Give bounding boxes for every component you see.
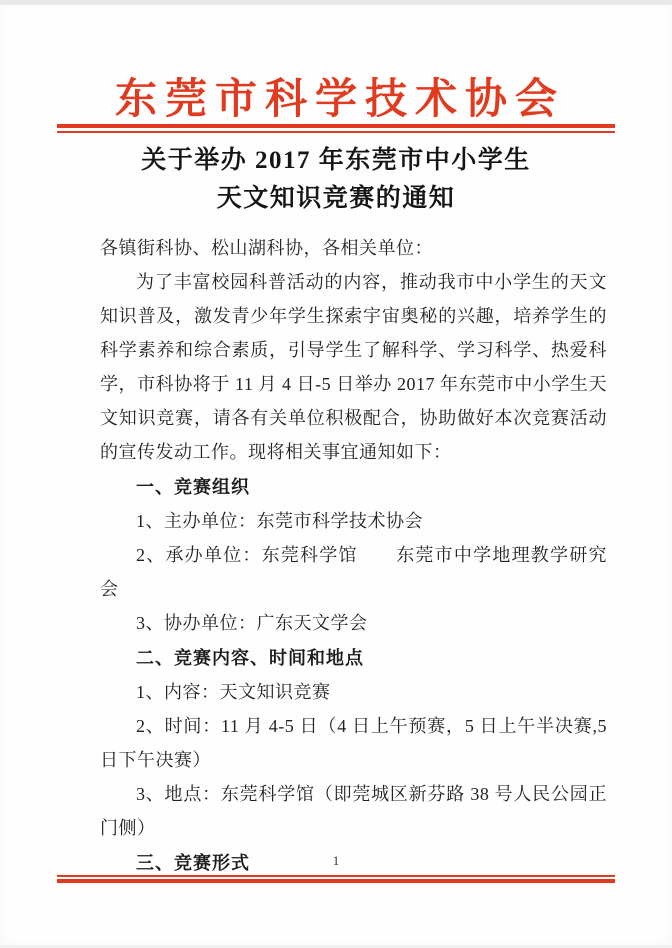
notice-document-page: 东莞市科学技术协会 关于举办 2017 年东莞市中小学生 天文知识竞赛的通知 各… xyxy=(0,0,672,948)
notice-item-time: 2、时间：11 月 4-5 日（4 日上午预赛，5 日上午半决赛,5 日下午决赛… xyxy=(100,709,607,777)
intro-paragraph: 为了丰富校园科普活动的内容，推动我市中小学生的天文知识普及，激发青少年学生探索宇… xyxy=(100,265,607,469)
document-title-line-1: 关于举办 2017 年东莞市中小学生 xyxy=(141,147,531,174)
letterhead-org-name: 东莞市科学技术协会 xyxy=(0,66,672,126)
notice-item-host-unit: 1、主办单位：东莞市科学技术协会 xyxy=(100,504,607,538)
notice-item-content: 1、内容：天文知识竞赛 xyxy=(100,675,607,709)
salutation-line: 各镇街科协、松山湖科协，各相关单位： xyxy=(100,231,607,265)
notice-item-place: 3、地点：东莞科学馆（即莞城区新芬路 38 号人民公园正门侧） xyxy=(100,777,607,845)
notice-item-organizer-unit: 2、承办单位：东莞科学馆 东莞市中学地理教学研究会 xyxy=(100,538,607,606)
letterhead-double-rule xyxy=(57,124,615,133)
scan-edge-top xyxy=(0,0,672,5)
footer-double-rule xyxy=(57,875,615,883)
document-title: 关于举办 2017 年东莞市中小学生 天文知识竞赛的通知 xyxy=(0,142,672,218)
section-heading-content-time-place: 二、竞赛内容、时间和地点 xyxy=(100,641,607,675)
document-title-line-2: 天文知识竞赛的通知 xyxy=(217,185,456,212)
document-body: 各镇街科协、松山湖科协，各相关单位： 为了丰富校园科普活动的内容，推动我市中小学… xyxy=(100,231,607,880)
footer-page-number: 1 xyxy=(0,851,672,871)
rule-thick-line xyxy=(57,879,615,883)
rule-thin-line xyxy=(57,131,615,133)
notice-item-coorganizer-unit: 3、协办单位：广东天文学会 xyxy=(100,606,607,640)
section-heading-competition-organization: 一、竞赛组织 xyxy=(100,470,607,504)
